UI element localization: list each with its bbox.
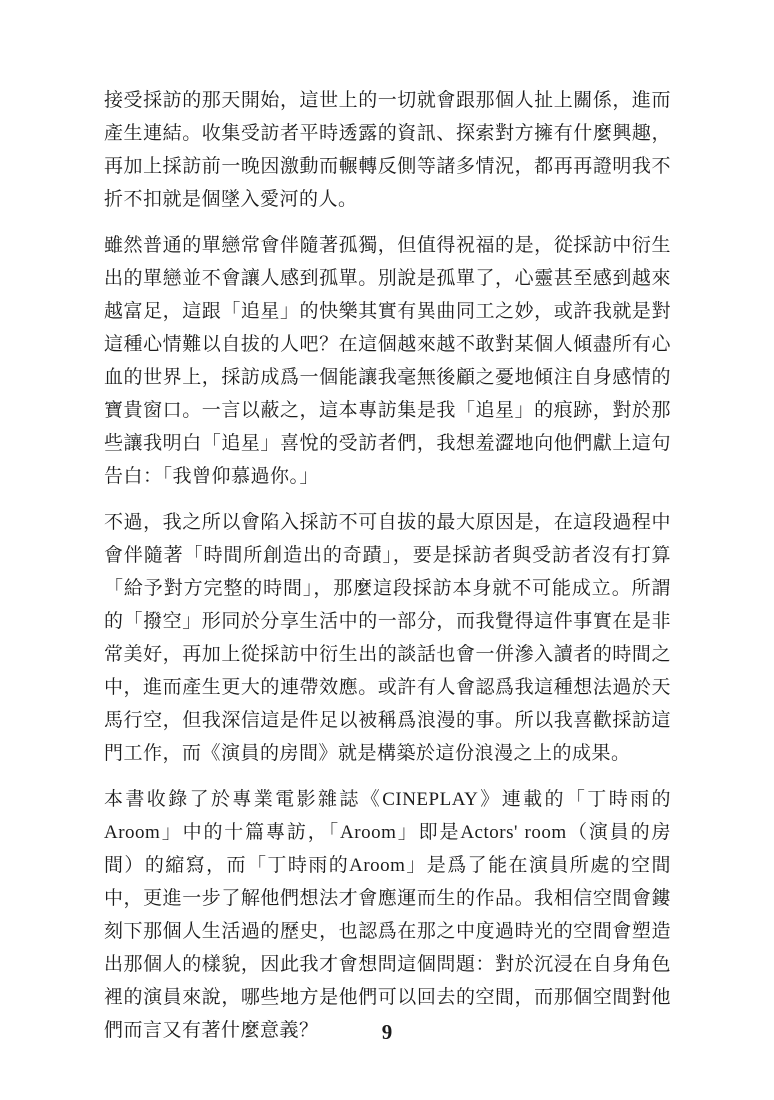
body-text: 接受採訪的那天開始，這世上的一切就會跟那個人扯上關係，進而產生連結。收集受訪者平… — [104, 84, 671, 1060]
book-page: 接受採訪的那天開始，這世上的一切就會跟那個人扯上關係，進而產生連結。收集受訪者平… — [0, 0, 774, 1100]
page-number: 9 — [0, 1020, 774, 1045]
paragraph-2: 雖然普通的單戀常會伴隨著孤獨，但值得祝福的是，從採訪中衍生出的單戀並不會讓人感到… — [104, 229, 671, 493]
paragraph-3: 不過，我之所以會陷入採訪不可自拔的最大原因是，在這段過程中會伴隨著「時間所創造出… — [104, 506, 671, 770]
paragraph-1: 接受採訪的那天開始，這世上的一切就會跟那個人扯上關係，進而產生連結。收集受訪者平… — [104, 84, 671, 216]
paragraph-4: 本書收錄了於專業電影雜誌《CINEPLAY》連載的「丁時雨的Aroom」中的十篇… — [104, 783, 671, 1047]
